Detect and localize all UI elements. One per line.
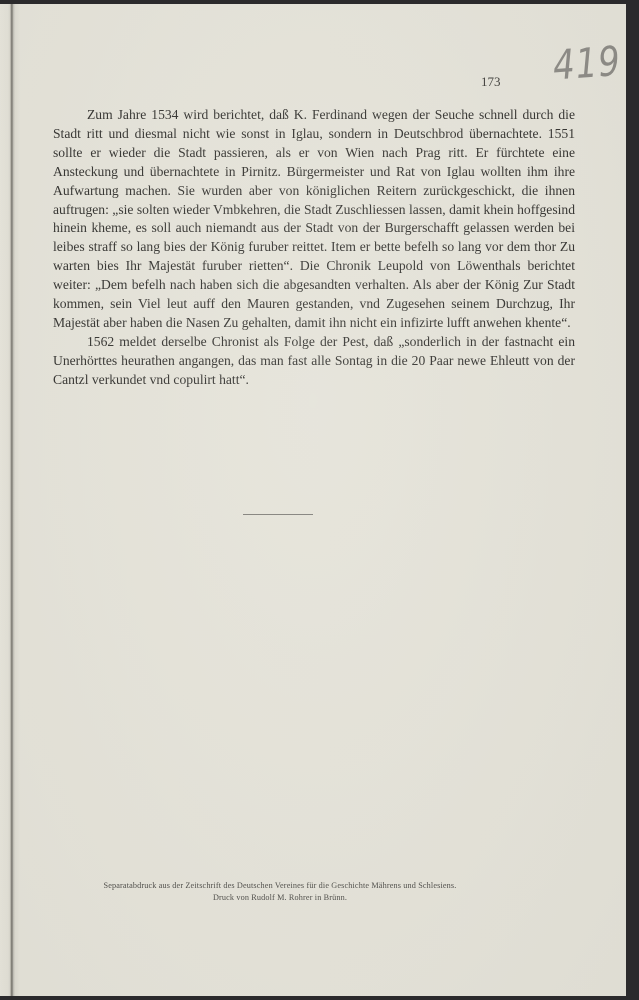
page-number: 173 xyxy=(481,74,501,90)
scanned-page: 419 173 Zum Jahre 1534 wird berichtet, d… xyxy=(0,4,626,996)
paragraph-1: Zum Jahre 1534 wird berichtet, daß K. Fe… xyxy=(53,106,575,333)
handwritten-folio-number: 419 xyxy=(551,38,622,91)
body-text: Zum Jahre 1534 wird berichtet, daß K. Fe… xyxy=(53,106,575,390)
section-end-rule xyxy=(243,514,313,515)
paragraph-2: 1562 meldet derselbe Chronist als Folge … xyxy=(53,333,575,390)
footer-line-1: Separatabdruck aus der Zeitschrift des D… xyxy=(40,880,520,892)
imprint-footer: Separatabdruck aus der Zeitschrift des D… xyxy=(40,880,520,903)
footer-line-2: Druck von Rudolf M. Rohrer in Brünn. xyxy=(40,892,520,904)
